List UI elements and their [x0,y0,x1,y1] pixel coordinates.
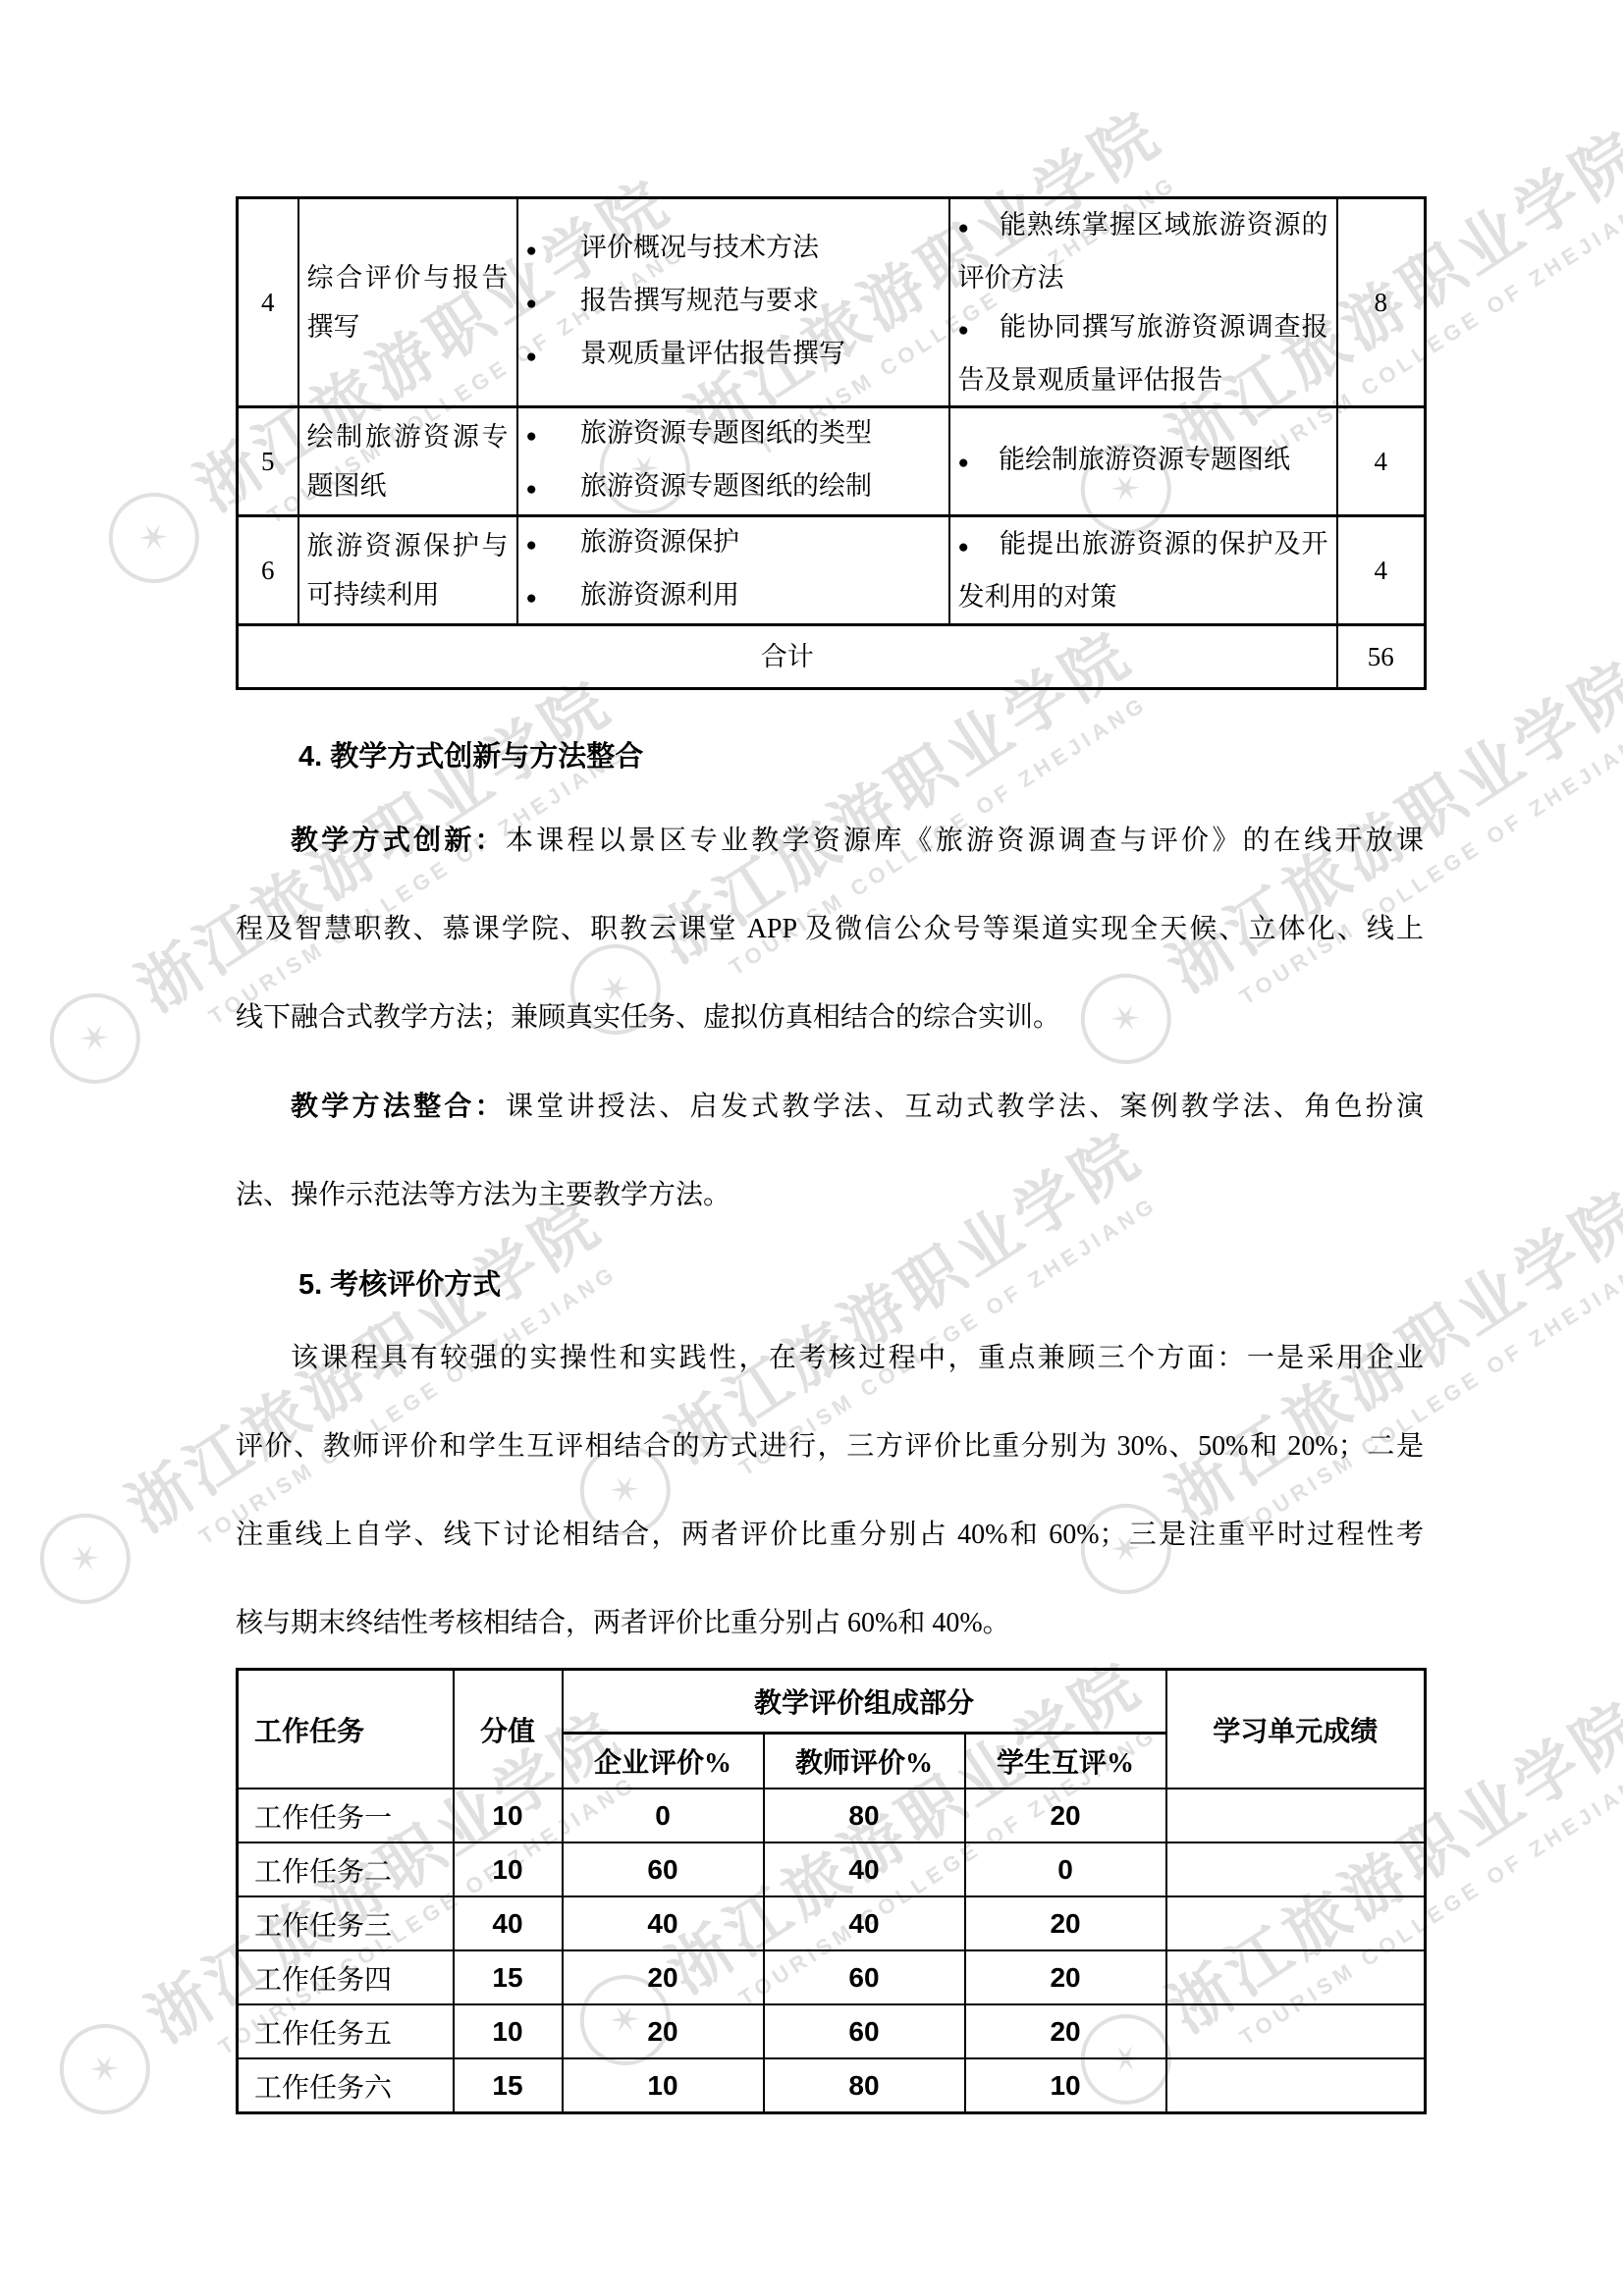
hours-cell: 8 [1337,198,1426,407]
requirement-text: 能熟练掌握区域旅游资源的评价方法 [958,210,1328,293]
paragraph-line: 核与期末终结性考核相结合，两者评价比重分别占 60%和 40%。 [236,1579,1424,1668]
header-label: 学生互评% [997,1748,1134,1779]
enterprise-cell: 20 [563,1950,764,2004]
course-content-table: 4 综合评价与报告撰写 ●评价概况与技术方法 ●报告撰写规范与要求 ●景观质量评… [236,196,1427,690]
content-text: 旅游资源专题图纸的绘制 [580,471,872,501]
task-label-cell: 工作任务二 [238,1842,454,1896]
peer-cell: 20 [965,2004,1166,2058]
unit-score-cell [1166,2004,1426,2058]
content-text: 旅游资源保护 [580,527,739,557]
section-5-paragraph: 该课程具有较强的实操性和实践性，在考核过程中，重点兼顾三个方面：一是采用企业 评… [236,1314,1424,1668]
bullet-icon: ● [526,294,537,314]
bullet-icon: ● [958,218,970,239]
teacher-cell: 60 [764,2004,965,2058]
content-item: ●评价概况与技术方法 [526,223,941,276]
task-label-cell: 工作任务五 [238,2004,454,2058]
content-item: ●旅游资源专题图纸的绘制 [526,461,941,514]
row-number: 4 [261,288,275,317]
task-name: 旅游资源保护与可持续利用 [307,531,509,610]
bullet-icon: ● [958,453,969,473]
content-item: ●旅游资源专题图纸的类型 [526,408,941,461]
task-name-cell: 综合评价与报告撰写 [298,198,517,407]
header-peer: 学生互评% [965,1734,1166,1789]
unit-score-cell [1166,1896,1426,1950]
task-label-cell: 工作任务四 [238,1950,454,2004]
evaluation-row-1: 工作任务一 10 0 80 20 [238,1789,1426,1842]
bullet-icon: ● [526,535,537,556]
hours-value: 4 [1375,447,1388,476]
course-row-4: 4 综合评价与报告撰写 ●评价概况与技术方法 ●报告撰写规范与要求 ●景观质量评… [238,198,1426,407]
hours-value: 4 [1375,556,1388,585]
paragraph-text: 本课程以景区专业教学资源库《旅游资源调查与评价》的在线开放课 [506,826,1424,856]
total-hours-cell: 56 [1337,625,1426,689]
total-label-cell: 合计 [238,625,1337,689]
requirement-text: 能协同撰写旅游资源调查报告及景观质量评估报告 [958,312,1328,395]
content-item: ●报告撰写规范与要求 [526,276,941,329]
evaluation-header-row-1: 工作任务 分值 教学评价组成部分 学习单元成绩 [238,1670,1426,1734]
section-4-paragraph-2: 教学方法整合：课堂讲授法、启发式教学法、互动式教学法、案例教学法、角色扮演 法、… [236,1062,1424,1240]
peer-cell: 20 [965,1896,1166,1950]
college-seal-icon: ✶ [91,475,216,600]
header-task: 工作任务 [238,1670,454,1789]
bullet-icon: ● [526,347,537,367]
paragraph-line: 该课程具有较强的实操性和实践性，在考核过程中，重点兼顾三个方面：一是采用企业 [236,1314,1424,1403]
teacher-cell: 40 [764,1842,965,1896]
evaluation-row-5: 工作任务五 10 20 60 20 [238,2004,1426,2058]
paragraph-lead: 教学方式创新： [291,825,506,855]
teaching-content-cell: ●旅游资源保护 ●旅游资源利用 [517,516,949,625]
task-name-cell: 绘制旅游资源专题图纸 [298,407,517,516]
evaluation-row-2: 工作任务二 10 60 40 0 [238,1842,1426,1896]
content-text: 评价概况与技术方法 [580,233,819,262]
task-name: 绘制旅游资源专题图纸 [307,422,509,501]
content-text: 报告撰写规范与要求 [580,286,819,315]
header-label: 分值 [480,1717,535,1747]
paragraph-line: 教学方法整合：课堂讲授法、启发式教学法、互动式教学法、案例教学法、角色扮演 [236,1062,1424,1151]
bullet-icon: ● [526,479,537,500]
header-label: 教师评价% [795,1748,933,1779]
enterprise-cell: 40 [563,1896,764,1950]
score-cell: 10 [454,1842,563,1896]
score-cell: 15 [454,2058,563,2113]
header-enterprise: 企业评价% [563,1734,764,1789]
teacher-cell: 40 [764,1896,965,1950]
paragraph-line: 线下融合式教学方法；兼顾真实任务、虚拟仿真相结合的综合实训。 [236,974,1424,1062]
requirement-cell: ●能熟练掌握区域旅游资源的评价方法 ●能协同撰写旅游资源调查报告及景观质量评估报… [949,198,1337,407]
header-label: 教学评价组成部分 [754,1688,974,1719]
header-label: 企业评价% [594,1748,731,1779]
row-number-cell: 4 [238,198,298,407]
task-name: 综合评价与报告撰写 [307,263,509,342]
content-text: 旅游资源专题图纸的类型 [580,418,872,448]
teaching-content-cell: ●旅游资源专题图纸的类型 ●旅游资源专题图纸的绘制 [517,407,949,516]
score-cell: 40 [454,1896,563,1950]
peer-cell: 20 [965,1789,1166,1842]
bullet-icon: ● [958,320,970,341]
peer-cell: 20 [965,1950,1166,2004]
row-number: 6 [261,556,275,585]
task-label-cell: 工作任务六 [238,2058,454,2113]
paragraph-line: 教学方式创新：本课程以景区专业教学资源库《旅游资源调查与评价》的在线开放课 [236,796,1424,885]
paragraph-line: 法、操作示范法等方法为主要教学方法。 [236,1151,1424,1240]
requirement-item: ●能绘制旅游资源专题图纸 [958,435,1328,488]
content-item: ●旅游资源保护 [526,517,941,570]
score-cell: 15 [454,1950,563,2004]
bullet-icon: ● [526,426,537,447]
paragraph-line: 程及智慧职教、慕课学院、职教云课堂 APP 及微信公众号等渠道实现全天候、立体化… [236,885,1424,974]
section-4-heading: 4. 教学方式创新与方法整合 [236,737,1424,776]
enterprise-cell: 60 [563,1842,764,1896]
score-cell: 10 [454,1789,563,1842]
requirement-item: ●能协同撰写旅游资源调查报告及景观质量评估报告 [958,302,1328,404]
hours-value: 8 [1375,288,1388,317]
evaluation-row-3: 工作任务三 40 40 40 20 [238,1896,1426,1950]
hours-cell: 4 [1337,516,1426,625]
hours-cell: 4 [1337,407,1426,516]
header-score: 分值 [454,1670,563,1789]
header-unit-score: 学习单元成绩 [1166,1670,1426,1789]
course-row-5: 5 绘制旅游资源专题图纸 ●旅游资源专题图纸的类型 ●旅游资源专题图纸的绘制 ●… [238,407,1426,516]
course-row-6: 6 旅游资源保护与可持续利用 ●旅游资源保护 ●旅游资源利用 ●能提出旅游资源的… [238,516,1426,625]
teacher-cell: 60 [764,1950,965,2004]
header-label: 学习单元成绩 [1213,1717,1378,1747]
paragraph-text: 课堂讲授法、启发式教学法、互动式教学法、案例教学法、角色扮演 [506,1092,1424,1122]
document-page: ✶浙江旅游职业学院TOURISM COLLEGE OF ZHEJIANG✶浙江旅… [0,0,1623,2296]
total-hours: 56 [1368,642,1394,671]
requirement-cell: ●能绘制旅游资源专题图纸 [949,407,1337,516]
requirement-item: ●能提出旅游资源的保护及开发利用的对策 [958,519,1328,621]
paragraph-lead: 教学方法整合： [291,1091,506,1121]
teacher-cell: 80 [764,1789,965,1842]
paragraph-line: 评价、教师评价和学生互评相结合的方式进行，三方评价比重分别为 30%、50%和 … [236,1403,1424,1491]
unit-score-cell [1166,1842,1426,1896]
unit-score-cell [1166,1950,1426,2004]
header-teacher: 教师评价% [764,1734,965,1789]
bullet-icon: ● [526,588,537,609]
evaluation-table: 工作任务 分值 教学评价组成部分 学习单元成绩 企业评价% 教师评价% 学生互评… [236,1668,1427,2114]
document-content: 4 综合评价与报告撰写 ●评价概况与技术方法 ●报告撰写规范与要求 ●景观质量评… [236,196,1424,2114]
header-label: 工作任务 [254,1717,364,1747]
teacher-cell: 80 [764,2058,965,2113]
peer-cell: 0 [965,1842,1166,1896]
enterprise-cell: 0 [563,1789,764,1842]
unit-score-cell [1166,1789,1426,1842]
content-item: ●景观质量评估报告撰写 [526,329,941,382]
requirement-item: ●能熟练掌握区域旅游资源的评价方法 [958,200,1328,302]
requirement-text: 能绘制旅游资源专题图纸 [999,445,1290,474]
requirement-cell: ●能提出旅游资源的保护及开发利用的对策 [949,516,1337,625]
score-cell: 10 [454,2004,563,2058]
bullet-icon: ● [526,240,537,261]
course-total-row: 合计 56 [238,625,1426,689]
college-seal-icon: ✶ [42,2006,167,2131]
unit-score-cell [1166,2058,1426,2113]
college-seal-icon: ✶ [23,1496,147,1621]
enterprise-cell: 10 [563,2058,764,2113]
enterprise-cell: 20 [563,2004,764,2058]
row-number-cell: 5 [238,407,298,516]
content-text: 景观质量评估报告撰写 [580,339,845,368]
section-5-heading: 5. 考核评价方式 [236,1265,1424,1305]
paragraph-line: 注重线上自学、线下讨论相结合，两者评价比重分别占 40%和 60%；三是注重平时… [236,1491,1424,1579]
task-name-cell: 旅游资源保护与可持续利用 [298,516,517,625]
task-label-cell: 工作任务一 [238,1789,454,1842]
total-label: 合计 [761,642,814,671]
teaching-content-cell: ●评价概况与技术方法 ●报告撰写规范与要求 ●景观质量评估报告撰写 [517,198,949,407]
bullet-icon: ● [958,537,970,558]
row-number: 5 [261,447,275,476]
requirement-text: 能提出旅游资源的保护及开发利用的对策 [958,529,1328,612]
row-number-cell: 6 [238,516,298,625]
content-item: ●旅游资源利用 [526,570,941,623]
header-group: 教学评价组成部分 [563,1670,1166,1734]
college-seal-icon: ✶ [32,976,157,1100]
task-label-cell: 工作任务三 [238,1896,454,1950]
section-4-paragraph-1: 教学方式创新：本课程以景区专业教学资源库《旅游资源调查与评价》的在线开放课 程及… [236,796,1424,1062]
evaluation-row-6: 工作任务六 15 10 80 10 [238,2058,1426,2113]
content-text: 旅游资源利用 [580,580,739,610]
evaluation-row-4: 工作任务四 15 20 60 20 [238,1950,1426,2004]
peer-cell: 10 [965,2058,1166,2113]
